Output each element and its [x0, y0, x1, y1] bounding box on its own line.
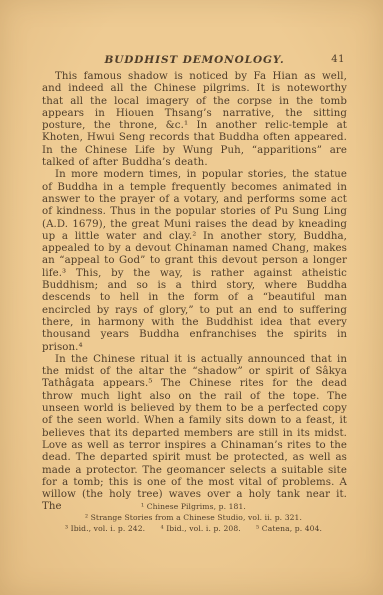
running-title: BUDDHIST DEMONOLOGY. — [42, 54, 347, 66]
footnote-2: ² Strange Stories from a Chinese Studio,… — [30, 513, 357, 524]
footnote-1: ¹ Chinese Pilgrims, p. 181. — [30, 502, 357, 513]
page-number: 41 — [331, 54, 345, 65]
paragraph-shadow-pilgrims: This famous shadow is noticed by Fa Hian… — [42, 71, 347, 169]
paragraph-chinese-ritual: In the Chinese ritual it is actually ann… — [42, 354, 347, 514]
body-text: This famous shadow is noticed by Fa Hian… — [42, 71, 347, 514]
footnote-3: ³ Ibid., vol. i. p. 242. ⁴ Ibid., vol. i… — [30, 524, 357, 535]
footnotes: ¹ Chinese Pilgrims, p. 181. ² Strange St… — [30, 502, 357, 534]
book-page: BUDDHIST DEMONOLOGY. 41 This famous shad… — [0, 0, 383, 595]
running-head: BUDDHIST DEMONOLOGY. 41 — [42, 54, 347, 68]
paragraph-modern-stories: In more modern times, in popular stories… — [42, 169, 347, 353]
